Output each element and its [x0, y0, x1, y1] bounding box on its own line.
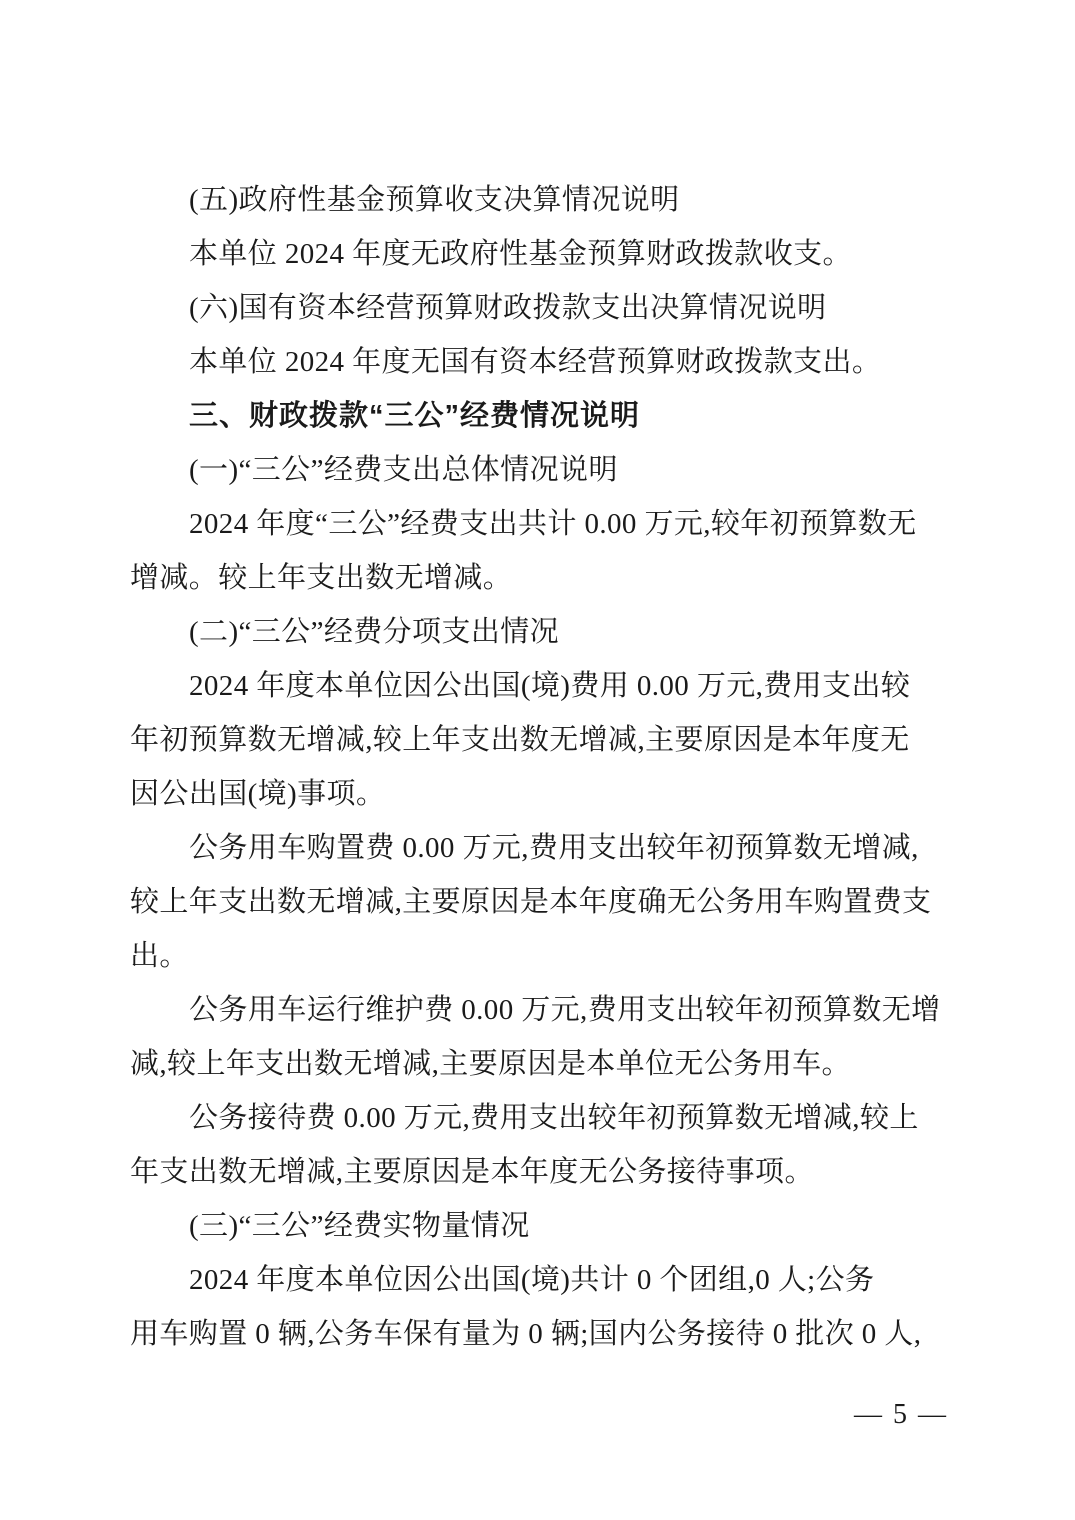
- subsection-heading-itemized: (二)“三公”经费分项支出情况: [130, 605, 950, 659]
- page-number: — 5 —: [854, 1399, 948, 1430]
- para-gov-fund-line: 本单位 2024 年度无政府性基金预算财政拨款收支。: [130, 227, 950, 281]
- para-reception-line-1: 公务接待费 0.00 万元,费用支出较年初预算数无增减,较上: [130, 1091, 950, 1145]
- document-body: (五)政府性基金预算收支决算情况说明 本单位 2024 年度无政府性基金预算财政…: [130, 173, 950, 1361]
- page-footer: — 5 —: [130, 1388, 948, 1442]
- para-state-capital-line: 本单位 2024 年度无国有资本经营预算财政拨款支出。: [130, 335, 950, 389]
- para-vehicle-maintain-line-2: 减,较上年支出数无增减,主要原因是本单位无公务用车。: [130, 1037, 950, 1091]
- para-vehicle-maintain-line-1: 公务用车运行维护费 0.00 万元,费用支出较年初预算数无增: [130, 983, 950, 1037]
- document-page: (五)政府性基金预算收支决算情况说明 本单位 2024 年度无政府性基金预算财政…: [0, 0, 1075, 1520]
- section-heading-six: (六)国有资本经营预算财政拨款支出决算情况说明: [130, 281, 950, 335]
- para-reception-line-2: 年支出数无增减,主要原因是本年度无公务接待事项。: [130, 1145, 950, 1199]
- para-vehicle-purchase-line-2: 较上年支出数无增减,主要原因是本年度确无公务用车购置费支: [130, 875, 950, 929]
- section-heading-five: (五)政府性基金预算收支决算情况说明: [130, 173, 950, 227]
- para-overall-line-1: 2024 年度“三公”经费支出共计 0.00 万元,较年初预算数无: [130, 497, 950, 551]
- subsection-heading-overall: (一)“三公”经费支出总体情况说明: [130, 443, 950, 497]
- para-abroad-line-3: 因公出国(境)事项。: [130, 767, 950, 821]
- para-overall-line-2: 增减。较上年支出数无增减。: [130, 551, 950, 605]
- para-vehicle-purchase-line-1: 公务用车购置费 0.00 万元,费用支出较年初预算数无增减,: [130, 821, 950, 875]
- chapter-heading-three-public: 三、财政拨款“三公”经费情况说明: [130, 389, 950, 443]
- para-physical-line-2: 用车购置 0 辆,公务车保有量为 0 辆;国内公务接待 0 批次 0 人,: [130, 1307, 950, 1361]
- subsection-heading-physical: (三)“三公”经费实物量情况: [130, 1199, 950, 1253]
- para-abroad-line-1: 2024 年度本单位因公出国(境)费用 0.00 万元,费用支出较: [130, 659, 950, 713]
- para-vehicle-purchase-line-3: 出。: [130, 929, 950, 983]
- para-physical-line-1: 2024 年度本单位因公出国(境)共计 0 个团组,0 人;公务: [130, 1253, 950, 1307]
- para-abroad-line-2: 年初预算数无增减,较上年支出数无增减,主要原因是本年度无: [130, 713, 950, 767]
